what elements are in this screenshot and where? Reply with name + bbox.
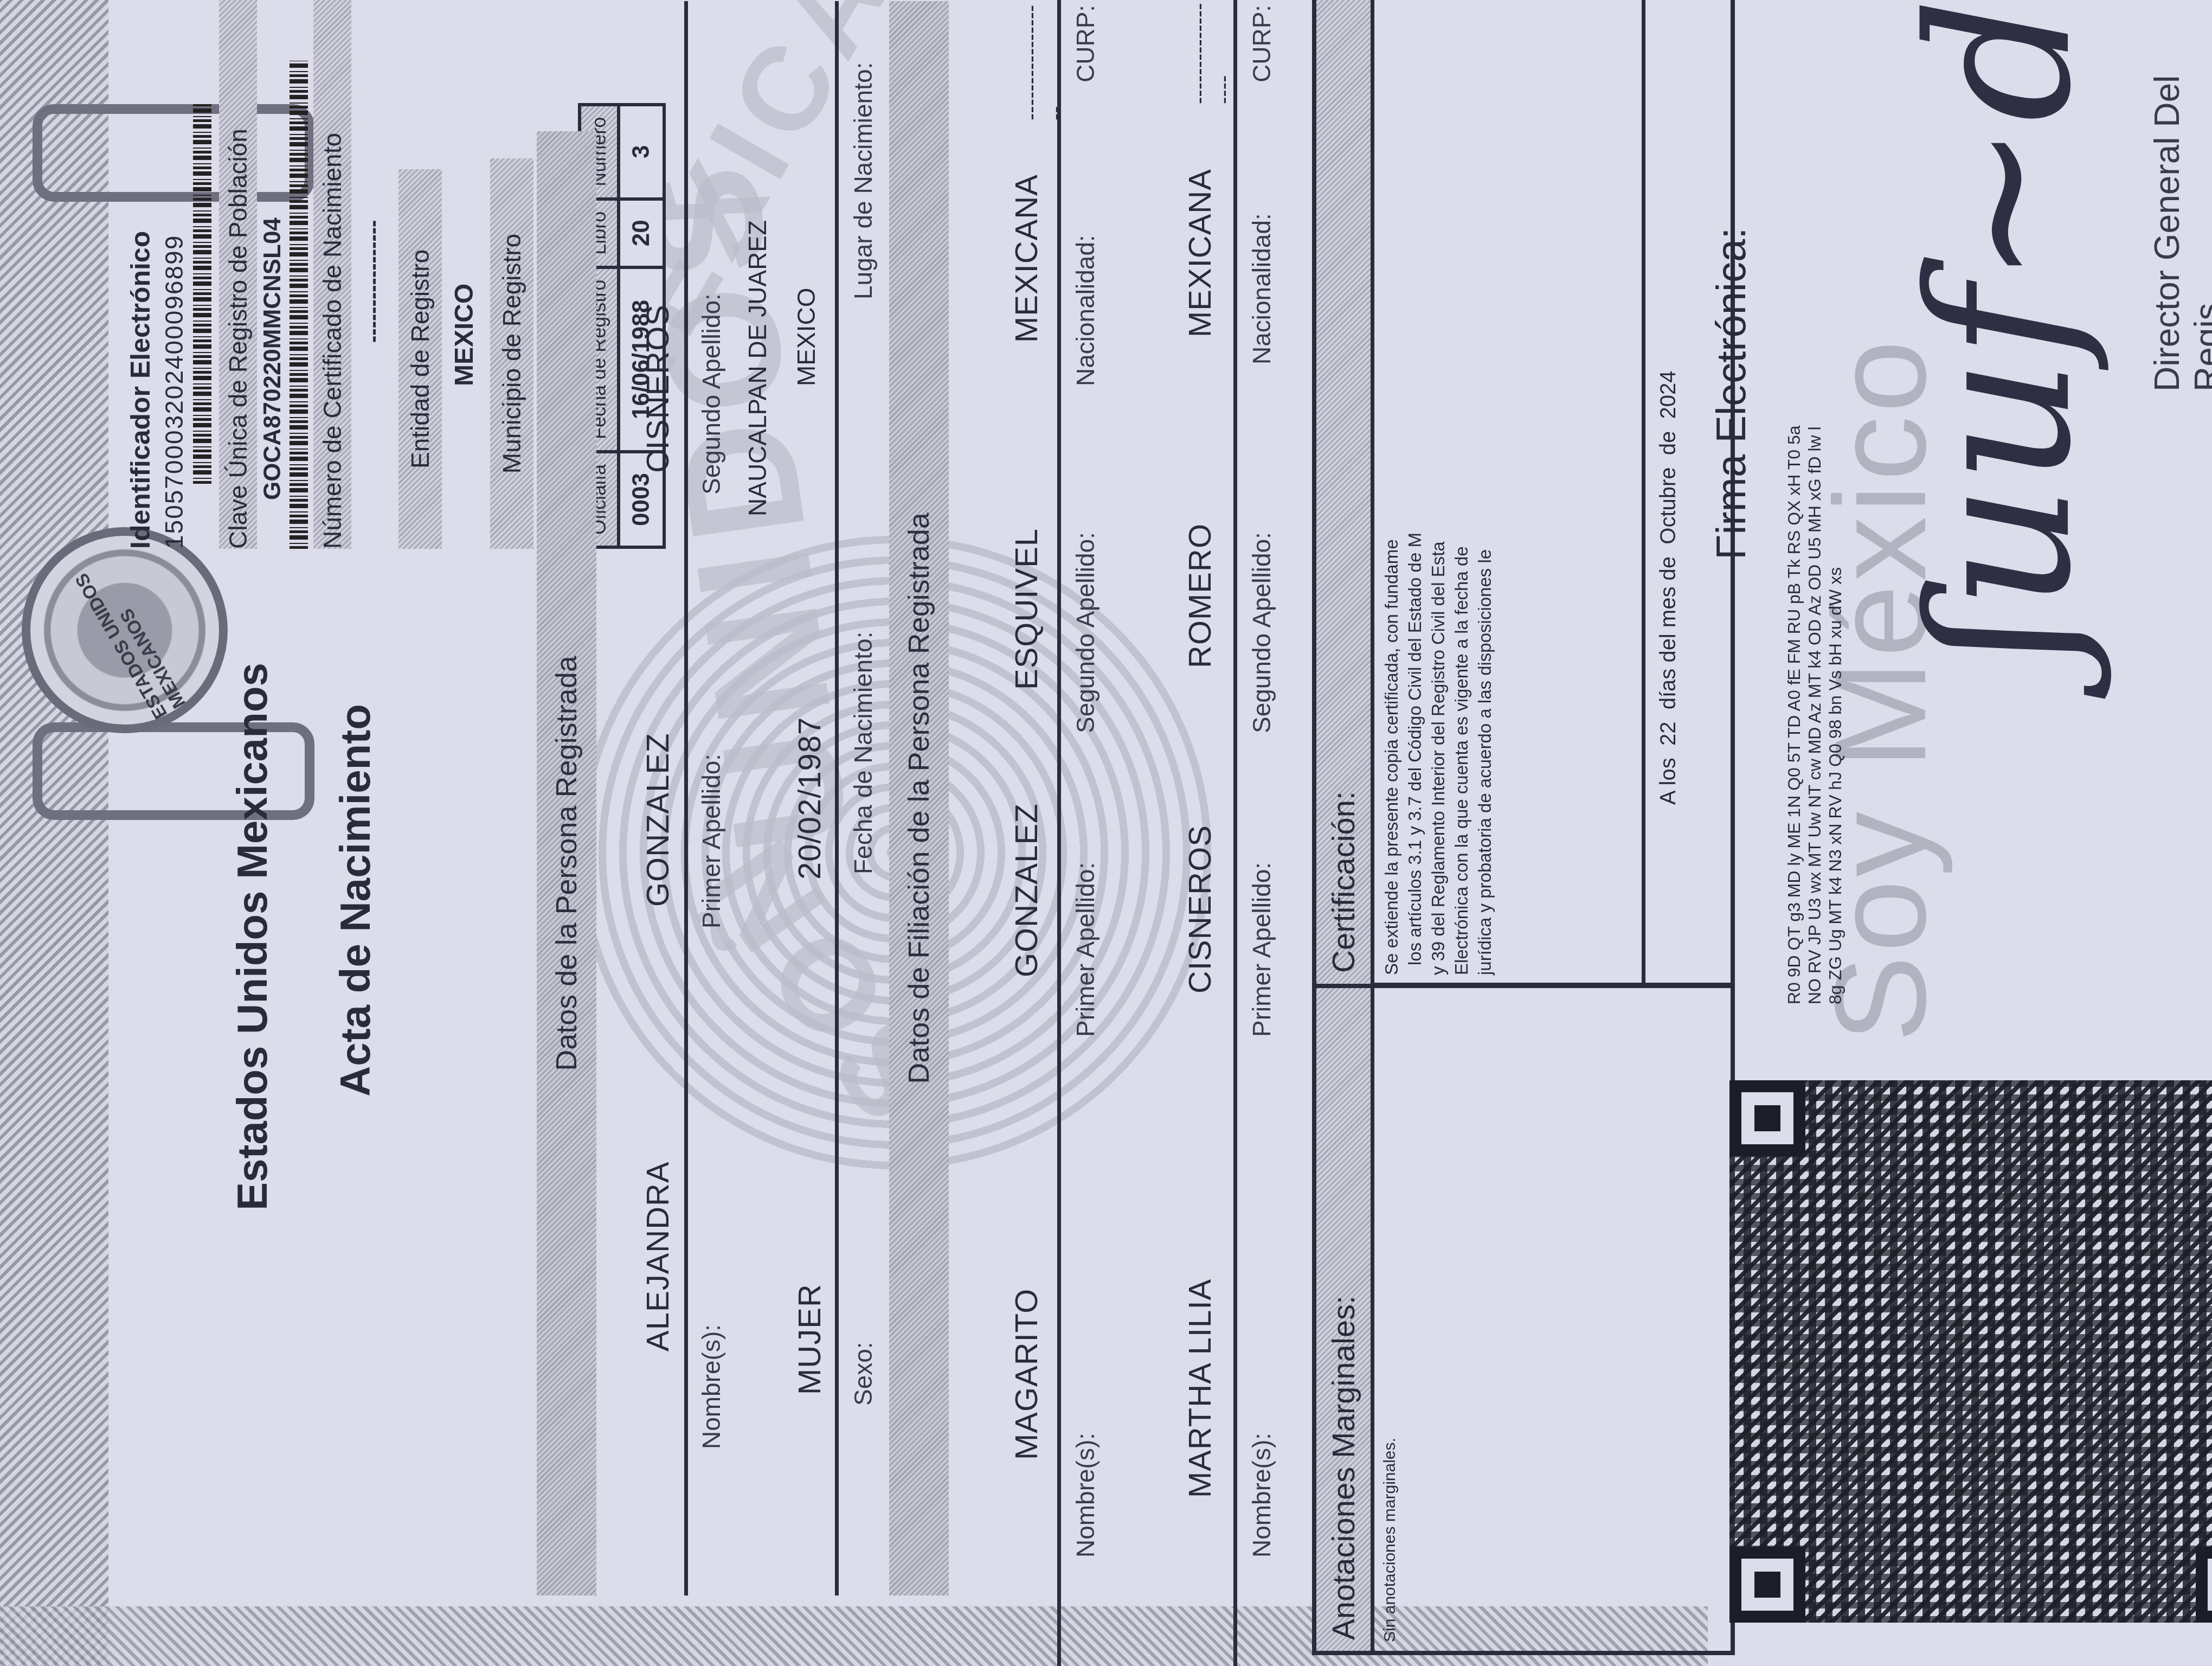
identificador-value: 150570003202400096899 xyxy=(159,0,189,549)
firma-line: 8g ZG Ug MT k4 N3 xN RV hJ Q0 98 bn Vs b… xyxy=(1825,425,1846,1004)
certificacion-line: jurídica y probatoria de acuerdo a las d… xyxy=(1473,9,1496,975)
curp-label: Clave Única de Registro de Población xyxy=(223,129,253,549)
segundo-apellido-value: CISNEROS xyxy=(640,304,676,473)
lugar-nacimiento-label: Lugar de Nacimiento: xyxy=(848,62,878,299)
madre-nombre-value: MARTHA LILIA xyxy=(1182,1279,1218,1498)
certificado-label: Número de Certificado de Nacimiento xyxy=(318,133,347,549)
certificacion-line: y 39 del Reglamento Interior del Registr… xyxy=(1426,9,1450,975)
firma-line: NO RV JP U3 wx MT Uw NT cw MD Az MT k4 O… xyxy=(1804,425,1825,1004)
madre-primer-apellido-label: Primer Apellido: xyxy=(1247,862,1276,1037)
filiacion-section-bar: Datos de Filiación de la Persona Registr… xyxy=(889,1,949,1595)
qr-finder-icon xyxy=(2196,1547,2212,1623)
table-value-libro: 20 xyxy=(619,199,664,267)
madre-segundo-apellido-label: Segundo Apellido: xyxy=(1247,532,1276,733)
fecha-nacimiento-value: 20/02/1987 xyxy=(792,717,828,880)
certificacion-body: Se extiende la presente copia certificad… xyxy=(1374,0,1502,984)
signer-title: Director General Del Regis xyxy=(2147,0,2212,392)
nombre-value: ALEJANDRA xyxy=(640,1161,676,1351)
persona-section-bar: Datos de la Persona Registrada xyxy=(537,131,596,1595)
padre-nombre-label: Nombre(s): xyxy=(1071,1433,1100,1558)
entidad-value: MEXICO xyxy=(449,0,479,386)
divider xyxy=(1233,0,1237,1666)
divider xyxy=(835,1,839,1595)
certificacion-line: Se extiende la presente copia certificad… xyxy=(1380,9,1403,975)
curp-value: GOCA870220MMCNSL04 xyxy=(259,0,286,549)
anotaciones-title: Anotaciones Marginales: xyxy=(1316,987,1374,1651)
madre-nombre-label: Nombre(s): xyxy=(1247,1433,1276,1558)
padre-nombre-value: MAGARITO xyxy=(1008,1289,1045,1460)
divider xyxy=(684,1,688,1595)
primer-apellido-label: Primer Apellido: xyxy=(697,754,726,928)
seal-text: ESTADOS UNIDOS MEXICANOS xyxy=(59,538,190,722)
padre-nacionalidad-value: MEXICANA xyxy=(1008,174,1045,343)
qr-finder-icon xyxy=(1729,1547,1805,1623)
padre-segundo-apellido-value: ESQUIVEL xyxy=(1008,528,1045,690)
anotaciones-box: Anotaciones Marginales: Sin anotaciones … xyxy=(1312,983,1735,1655)
filiacion-section-title: Datos de Filiación de la Persona Registr… xyxy=(902,512,936,1084)
madre-primer-apellido-value: CISNEROS xyxy=(1182,825,1218,994)
persona-section-title: Datos de la Persona Registrada xyxy=(550,656,583,1071)
segundo-apellido-label: Segundo Apellido: xyxy=(697,293,726,495)
certificacion-fecha: A los 22 días del mes de Octubre de 2024 xyxy=(1642,0,1681,984)
sexo-label: Sexo: xyxy=(848,1342,878,1406)
certificado-value: ----------------- xyxy=(361,0,385,343)
certificacion-line: los artículos 3.1 y 3.7 del Código Civil… xyxy=(1403,9,1426,975)
national-seal-icon: ESTADOS UNIDOS MEXICANOS xyxy=(22,527,228,733)
madre-nacionalidad-label: Nacionalidad: xyxy=(1247,213,1276,364)
curp-barcode-icon xyxy=(290,61,308,549)
identificador-barcode-icon xyxy=(193,104,211,484)
municipio-label: Municipio de Registro xyxy=(497,234,526,473)
certificacion-box: Certificación: Se extiende la presente c… xyxy=(1312,0,1735,988)
sexo-value: MUJER xyxy=(792,1284,828,1395)
padre-primer-apellido-label: Primer Apellido: xyxy=(1071,862,1100,1037)
padre-segundo-apellido-label: Segundo Apellido: xyxy=(1071,532,1100,733)
handwritten-signature: ʃuuf~d. xyxy=(1887,0,2114,663)
padre-curp-label: CURP: xyxy=(1071,5,1100,82)
qr-code-icon xyxy=(1729,1080,2212,1623)
photo-stage: ESTADOS UNIDOS MEXICANOS UNIDOS SOÑ MEXI… xyxy=(0,0,2212,1666)
decorative-top-border xyxy=(0,0,108,1666)
madre-nacionalidad-value: MEXICANA xyxy=(1182,169,1218,337)
padre-primer-apellido-value: GONZALEZ xyxy=(1008,803,1045,977)
firma-title: Firma Electrónica: xyxy=(1708,228,1755,560)
madre-curp-value: ------------------ xyxy=(1187,0,1236,104)
identificador-label: Identificador Electrónico xyxy=(125,0,156,549)
firma-line: R0 9D QT g3 MD ly ME 1N Q0 5T TD A0 fE F… xyxy=(1784,425,1804,1004)
padre-nacionalidad-label: Nacionalidad: xyxy=(1071,235,1100,386)
divider xyxy=(1057,0,1061,1666)
madre-curp-label: CURP: xyxy=(1247,5,1276,82)
birth-certificate-page: ESTADOS UNIDOS MEXICANOS UNIDOS SOÑ MEXI… xyxy=(0,0,2212,1666)
nombre-label: Nombre(s): xyxy=(697,1324,726,1449)
country-title: Estados Unidos Mexicanos xyxy=(228,663,277,1210)
madre-segundo-apellido-value: ROMERO xyxy=(1182,523,1218,668)
firma-string: R0 9D QT g3 MD ly ME 1N Q0 5T TD A0 fE F… xyxy=(1784,425,1846,1004)
certificacion-line: Electrónica con la que cuenta es vigente… xyxy=(1450,9,1473,975)
anotaciones-text: Sin anotaciones marginales. xyxy=(1374,987,1406,1651)
lugar-nacimiento-value-1: NAUCALPAN DE JUAREZ xyxy=(743,220,772,516)
primer-apellido-value: GONZALEZ xyxy=(640,733,676,907)
entidad-label: Entidad de Registro xyxy=(406,249,435,469)
lugar-nacimiento-value-2: MEXICO xyxy=(792,288,821,386)
document-title: Acta de Nacimiento xyxy=(331,704,380,1097)
table-value-numero: 3 xyxy=(619,105,664,199)
fecha-nacimiento-label: Fecha de Nacimiento: xyxy=(848,632,878,874)
qr-finder-icon xyxy=(1729,1080,1805,1156)
certificacion-title: Certificación: xyxy=(1316,0,1374,984)
